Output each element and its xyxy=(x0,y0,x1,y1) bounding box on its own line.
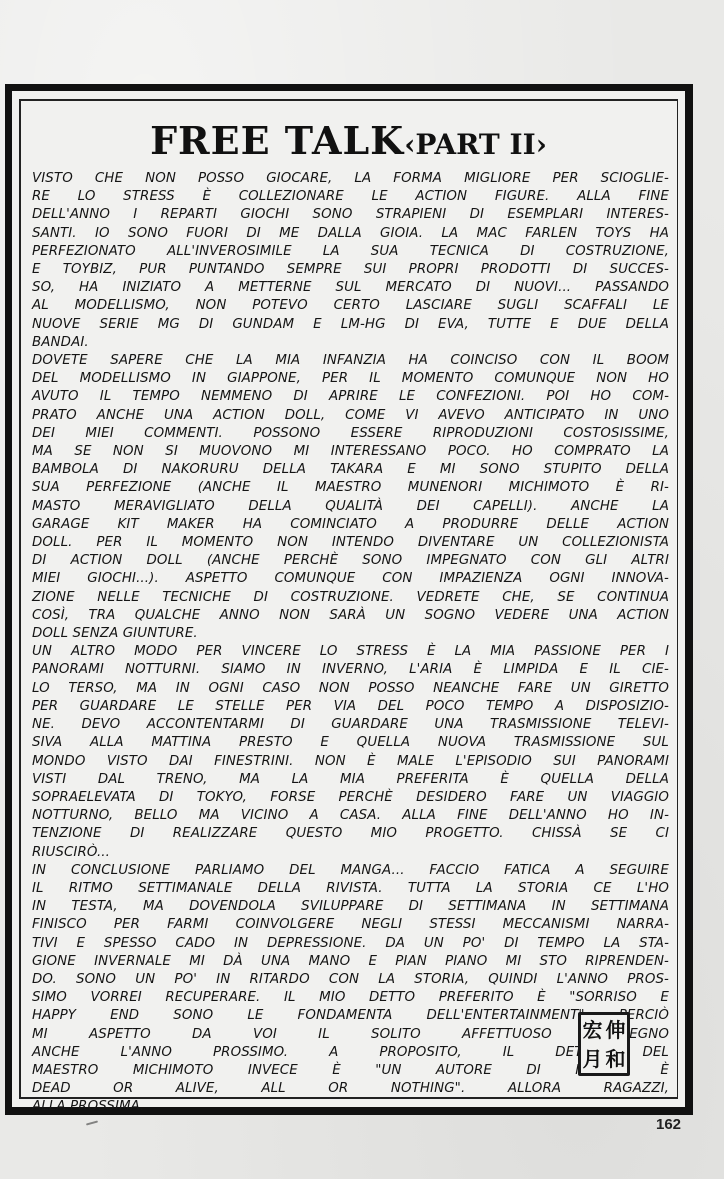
body-text-line: SOPRAELEVATA DI TOKYO, FORSE PERCHÈ DESI… xyxy=(32,789,669,807)
body-text-line: IN CONCLUSIONE PARLIAMO DEL MANGA... FAC… xyxy=(32,862,669,880)
body-text-line: UN ALTRO MODO PER VINCERE LO STRESS È LA… xyxy=(32,643,669,661)
body-text-line: PERFEZIONATO ALL'INVEROSIMILE LA SUA TEC… xyxy=(32,243,669,261)
body-text-line: GARAGE KIT MAKER HA COMINCIATO A PRODURR… xyxy=(32,516,669,534)
body-text-line: PER GUARDARE LE STELLE PER VIA DEL POCO … xyxy=(32,698,669,716)
body-text-line: DOVETE SAPERE CHE LA MIA INFANZIA HA COI… xyxy=(32,352,669,370)
body-text-line: SANTI. IO SONO FUORI DI ME DALLA GIOIA. … xyxy=(32,225,669,243)
body-text-line: SUA PERFEZIONE (ANCHE IL MAESTRO MUNENOR… xyxy=(32,479,669,497)
body-text-line: ANCHE L'ANNO PROSSIMO. A PROPOSITO, IL D… xyxy=(32,1044,669,1062)
body-text-line: SIVA ALLA MATTINA PRESTO E QUELLA NUOVA … xyxy=(32,734,669,752)
body-text-line: MAESTRO MICHIMOTO INVECE È "UN AUTORE DI… xyxy=(32,1062,669,1080)
page-number: 162 xyxy=(656,1116,681,1133)
body-text-line: NOTTURNO, BELLO MA VICINO A CASA. ALLA F… xyxy=(32,807,669,825)
seal-char: 月 xyxy=(583,1049,603,1069)
body-text-line: SIMO VORREI RECUPERARE. IL MIO DETTO PRE… xyxy=(32,989,669,1007)
body-text-line: MONDO VISTO DAI FINESTRINI. NON È MALE L… xyxy=(32,753,669,771)
body-text-line: AL MODELLISMO, NON POTEVO CERTO LASCIARE… xyxy=(32,297,669,315)
body-text-line: BANDAI. xyxy=(32,334,669,352)
body-text-line: PRATO ANCHE UNA ACTION DOLL, COME VI AVE… xyxy=(32,407,669,425)
body-text-line: ALLA PROSSIMA. xyxy=(32,1098,669,1116)
body-text-line: NE. DEVO ACCONTENTARMI DI GUARDARE UNA T… xyxy=(32,716,669,734)
body-text-line: GIONE INVERNALE MI DÀ UNA MANO E PIAN PI… xyxy=(32,953,669,971)
body-text-line: PANORAMI NOTTURNI. SIAMO IN INVERNO, L'A… xyxy=(32,661,669,679)
body-text-line: VISTI DAL TRENO, MA LA MIA PREFERITA È Q… xyxy=(32,771,669,789)
body-text-line: AVUTO IL TEMPO NEMMENO DI APRIRE LE CONF… xyxy=(32,388,669,406)
body-text-line: MIEI GIOCHI...). ASPETTO COMUNQUE CON IM… xyxy=(32,570,669,588)
author-seal-stamp: 宏 伸 月 和 xyxy=(578,1012,630,1076)
body-text-line: MASTO MERAVIGLIATO DELLA QUALITÀ DEI CAP… xyxy=(32,498,669,516)
seal-char: 和 xyxy=(606,1049,626,1069)
body-text-line: SO, HA INIZIATO A METTERNE SUL MERCATO D… xyxy=(32,279,669,297)
body-text-line: BAMBOLA DI NAKORURU DELLA TAKARA E MI SO… xyxy=(32,461,669,479)
body-text-line: DELL'ANNO I REPARTI GIOCHI SONO STRAPIEN… xyxy=(32,206,669,224)
body-text-line: LO TERSO, MA IN OGNI CASO NON POSSO NEAN… xyxy=(32,680,669,698)
body-text-line: E TOYBIZ, PUR PUNTANDO SEMPRE SUI PROPRI… xyxy=(32,261,669,279)
body-text-line: MI ASPETTO DA VOI IL SOLITO AFFETTUOSO S… xyxy=(32,1026,669,1044)
body-text-line: DOLL SENZA GIUNTURE. xyxy=(32,625,669,643)
body-text-line: TIVI E SPESSO CADO IN DEPRESSIONE. DA UN… xyxy=(32,935,669,953)
title-main: FREE TALK xyxy=(150,118,404,163)
body-text-line: RE LO STRESS È COLLEZIONARE LE ACTION FI… xyxy=(32,188,669,206)
body-text-line: NUOVE SERIE MG DI GUNDAM E LM-HG DI EVA,… xyxy=(32,316,669,334)
page-title: FREE TALK‹PART II› xyxy=(12,119,685,167)
body-text-line: TENZIONE DI REALIZZARE QUESTO MIO PROGET… xyxy=(32,825,669,843)
body-text-line: IL RITMO SETTIMANALE DELLA RIVISTA. TUTT… xyxy=(32,880,669,898)
body-text-line: ZIONE NELLE TECNICHE DI COSTRUZIONE. VED… xyxy=(32,589,669,607)
seal-char: 宏 xyxy=(583,1020,603,1040)
body-text-line: DEL MODELLISMO IN GIAPPONE, PER IL MOMEN… xyxy=(32,370,669,388)
body-text-line: MA SE NON SI MUOVONO MI INTERESSANO POCO… xyxy=(32,443,669,461)
body-text-line: COSÌ, TRA QUALCHE ANNO NON SARÀ UN SOGNO… xyxy=(32,607,669,625)
body-text-line: HAPPY END SONO LE FONDAMENTA DELL'ENTERT… xyxy=(32,1007,669,1025)
body-text-line: FINISCO PER FARMI COINVOLGERE NEGLI STES… xyxy=(32,916,669,934)
seal-char: 伸 xyxy=(606,1020,626,1040)
body-text-line: DO. SONO UN PO' IN RITARDO CON LA STORIA… xyxy=(32,971,669,989)
free-talk-frame: FREE TALK‹PART II› VISTO CHE NON POSSO G… xyxy=(5,84,693,1115)
title-sub: ‹PART II› xyxy=(404,128,547,161)
seal-inner: 宏 伸 月 和 xyxy=(581,1015,627,1073)
body-text-line: DOLL. PER IL MOMENTO NON INTENDO DIVENTA… xyxy=(32,534,669,552)
body-text-line: DEAD OR ALIVE, ALL OR NOTHING". ALLORA R… xyxy=(32,1080,669,1098)
body-text-line: VISTO CHE NON POSSO GIOCARE, LA FORMA MI… xyxy=(32,170,669,188)
body-text-line: IN TESTA, MA DOVENDOLA SVILUPPARE DI SET… xyxy=(32,898,669,916)
body-text-line: DEI MIEI COMMENTI. POSSONO ESSERE RIPROD… xyxy=(32,425,669,443)
free-talk-body: VISTO CHE NON POSSO GIOCARE, LA FORMA MI… xyxy=(32,170,669,1117)
body-text-line: RIUSCIRÒ... xyxy=(32,844,669,862)
body-text-line: DI ACTION DOLL (ANCHE PERCHÈ SONO IMPEGN… xyxy=(32,552,669,570)
